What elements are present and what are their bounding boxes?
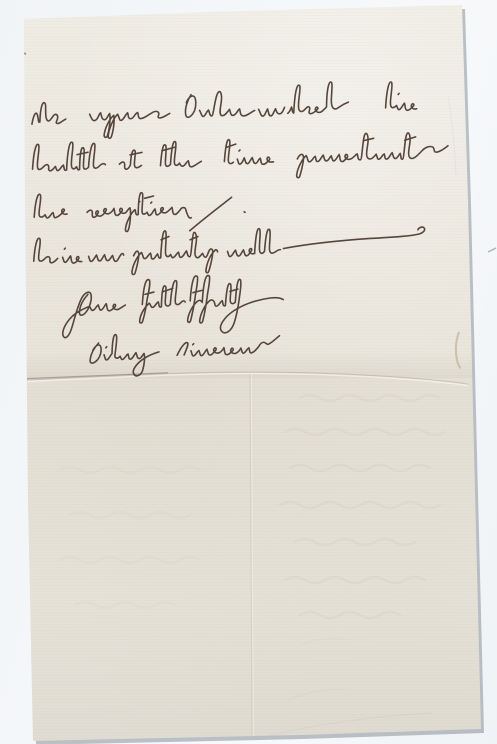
- scan-background: the upper Indus which his health at the …: [0, 0, 497, 744]
- scanner-dust-mark: [0, 0, 497, 744]
